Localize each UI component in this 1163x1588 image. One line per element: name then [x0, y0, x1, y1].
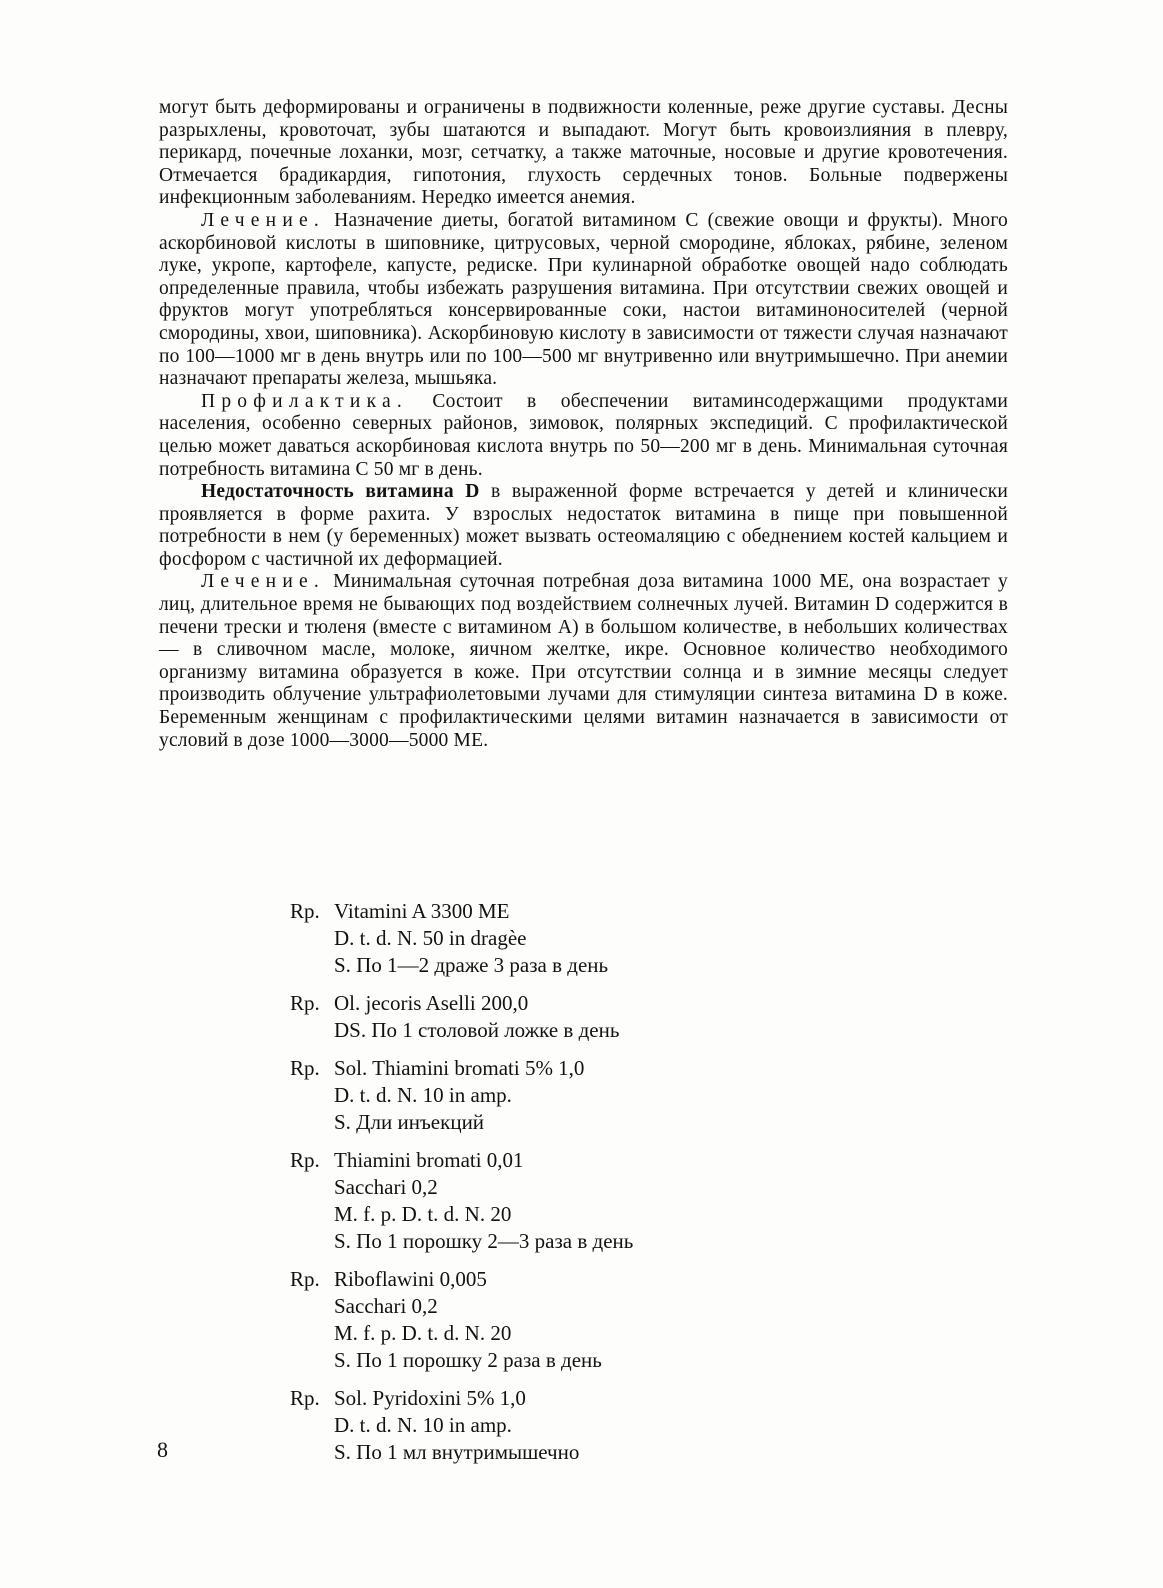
rx-lines: Ol. jecoris Aselli 200,0 DS. По 1 столов… [334, 990, 910, 1044]
rx-line: DS. По 1 столовой ложке в день [334, 1017, 910, 1044]
rx-line: D. t. d. N. 10 in amp. [334, 1412, 910, 1439]
rx-line: S. По 1—2 драже 3 раза в день [334, 952, 910, 979]
prescription-block: Rp. Riboflawini 0,005 Sacchari 0,2 M. f.… [290, 1266, 910, 1374]
rx-line: S. По 1 порошку 2 раза в день [334, 1347, 910, 1374]
rx-label: Rp. [290, 1147, 334, 1174]
rx-line: S. По 1 порошку 2—3 раза в день [334, 1228, 910, 1255]
rx-line: Ol. jecoris Aselli 200,0 [334, 990, 910, 1017]
rx-lines: Vitamini A 3300 ME D. t. d. N. 50 in dra… [334, 898, 910, 979]
rx-line: Sol. Thiamini bromati 5% 1,0 [334, 1055, 910, 1082]
rx-label: Rp. [290, 990, 334, 1017]
body-text: могут быть деформированы и ограничены в … [159, 97, 1008, 752]
rx-line: D. t. d. N. 10 in amp. [334, 1082, 910, 1109]
prescription-block: Rp. Sol. Pyridoxini 5% 1,0 D. t. d. N. 1… [290, 1385, 910, 1466]
rx-line: Sol. Pyridoxini 5% 1,0 [334, 1385, 910, 1412]
rx-line: Sacchari 0,2 [334, 1293, 910, 1320]
rx-line: M. f. p. D. t. d. N. 20 [334, 1201, 910, 1228]
paragraph: Недостаточность витамина D в выраженной … [159, 481, 1008, 571]
prescription-block: Rp. Thiamini bromati 0,01 Sacchari 0,2 M… [290, 1147, 910, 1255]
paragraph-lead: Профилактика. [201, 391, 408, 412]
prescription-block: Rp. Ol. jecoris Aselli 200,0 DS. По 1 ст… [290, 990, 910, 1044]
paragraph-text: Назначение диеты, богатой витамином С (с… [159, 210, 1008, 389]
prescription-block: Rp. Vitamini A 3300 ME D. t. d. N. 50 in… [290, 898, 910, 979]
rx-lines: Sol. Thiamini bromati 5% 1,0 D. t. d. N.… [334, 1055, 910, 1136]
paragraph: Лечение. Минимальная суточная потребная … [159, 571, 1008, 752]
rx-label: Rp. [290, 1385, 334, 1412]
rx-label: Rp. [290, 1055, 334, 1082]
prescription-block: Rp. Sol. Thiamini bromati 5% 1,0 D. t. d… [290, 1055, 910, 1136]
paragraph: могут быть деформированы и ограничены в … [159, 97, 1008, 210]
rx-line: Riboflawini 0,005 [334, 1266, 910, 1293]
rx-line: S. Дли инъекций [334, 1109, 910, 1136]
rx-line: Thiamini bromati 0,01 [334, 1147, 910, 1174]
paragraph-lead: Лечение. [201, 210, 325, 231]
scanned-book-page: могут быть деформированы и ограничены в … [0, 0, 1163, 1588]
rx-line: Sacchari 0,2 [334, 1174, 910, 1201]
rx-label: Rp. [290, 1266, 334, 1293]
paragraph-lead: Лечение. [201, 571, 325, 592]
paragraph-lead: Недостаточность витамина D [201, 481, 480, 502]
prescriptions-section: Rp. Vitamini A 3300 ME D. t. d. N. 50 in… [290, 898, 910, 1477]
paragraph: Профилактика. Состоит в обеспечении вита… [159, 391, 1008, 481]
rx-line: Vitamini A 3300 ME [334, 898, 910, 925]
paragraph: Лечение. Назначение диеты, богатой витам… [159, 210, 1008, 391]
rx-lines: Thiamini bromati 0,01 Sacchari 0,2 M. f.… [334, 1147, 910, 1255]
paragraph-text: могут быть деформированы и ограничены в … [159, 97, 1008, 208]
rx-line: M. f. p. D. t. d. N. 20 [334, 1320, 910, 1347]
page-number: 8 [157, 1437, 168, 1463]
rx-lines: Sol. Pyridoxini 5% 1,0 D. t. d. N. 10 in… [334, 1385, 910, 1466]
rx-lines: Riboflawini 0,005 Sacchari 0,2 M. f. p. … [334, 1266, 910, 1374]
rx-line: D. t. d. N. 50 in dragèe [334, 925, 910, 952]
rx-label: Rp. [290, 898, 334, 925]
rx-line: S. По 1 мл внутримышечно [334, 1439, 910, 1466]
paragraph-text: Минимальная суточная потребная доза вита… [159, 571, 1008, 750]
